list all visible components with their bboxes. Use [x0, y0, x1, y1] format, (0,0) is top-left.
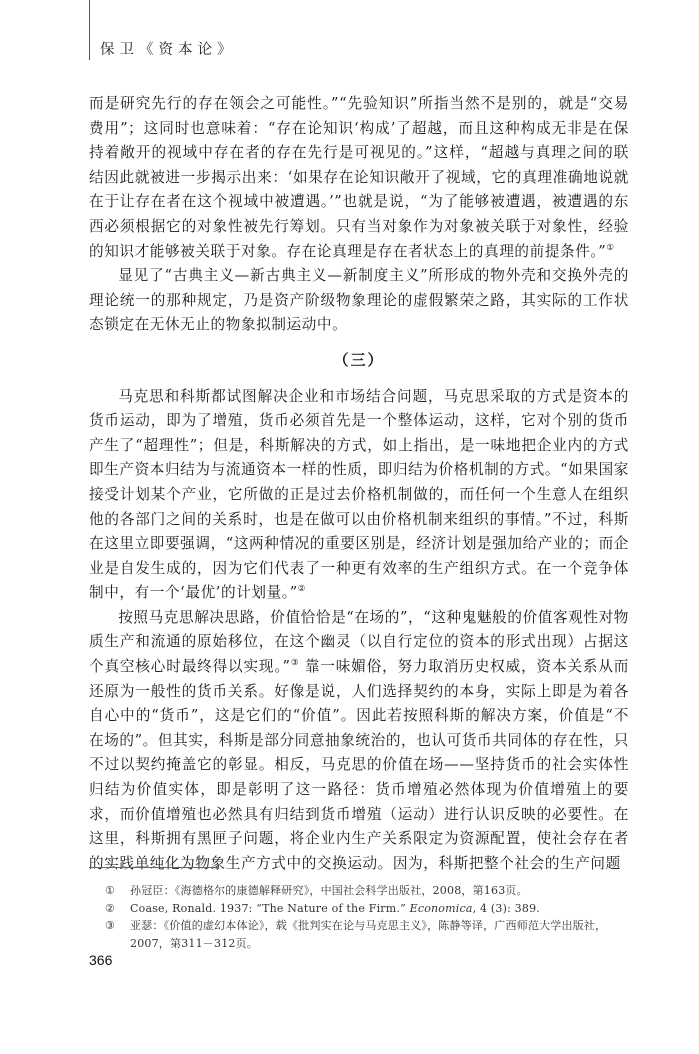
paragraph-text: 显见了“古典主义—新古典主义—新制度主义”所形成的物外壳和交换外壳的理论统一的那… — [89, 267, 629, 333]
paragraph-3: 马克思和科斯都试图解决企业和市场结合问题，马克思采取的方式是资本的货币运动，即为… — [89, 385, 629, 606]
footnote-mark: ① — [105, 882, 130, 900]
footnote-text: 孙冠臣：《海德格尔的康德解释研究》，中国社会科学出版社，2008，第163页。 — [130, 882, 635, 900]
running-head-title: 保卫《资本论》 — [100, 38, 237, 59]
footnote-ref-2[interactable]: ② — [298, 584, 306, 594]
paragraph-text: 而是研究先行的存在领会之可能性。”“先验知识”所指当然不是别的，就是“交易费用”… — [89, 95, 629, 260]
footnote-1: ① 孙冠臣：《海德格尔的康德解释研究》，中国社会科学出版社，2008，第163页… — [105, 882, 635, 900]
paragraph-2: 显见了“古典主义—新古典主义—新制度主义”所形成的物外壳和交换外壳的理论统一的那… — [89, 264, 629, 338]
footnote-text: Coase, Ronald. 1937: “The Nature of the … — [130, 900, 635, 918]
footnote-mark: ② — [105, 900, 130, 918]
footnote-2: ② Coase, Ronald. 1937: “The Nature of th… — [105, 900, 635, 918]
journal-title: Economica — [410, 902, 473, 915]
paragraph-text: 马克思和科斯都试图解决企业和市场结合问题，马克思采取的方式是资本的货币运动，即为… — [89, 388, 629, 602]
footnotes: ① 孙冠臣：《海德格尔的康德解释研究》，中国社会科学出版社，2008，第163页… — [105, 882, 635, 952]
citation-text: , 4 (3): 389. — [473, 902, 540, 915]
footnote-mark: ③ — [105, 917, 130, 952]
section-heading: （三） — [89, 348, 629, 373]
body-text: 而是研究先行的存在领会之可能性。”“先验知识”所指当然不是别的，就是“交易费用”… — [89, 92, 629, 876]
citation-text: Coase, Ronald. 1937: “The Nature of the … — [130, 902, 410, 915]
book-page: 保卫《资本论》 而是研究先行的存在领会之可能性。”“先验知识”所指当然不是别的，… — [0, 0, 699, 1054]
footnote-ref-1[interactable]: ① — [606, 243, 614, 253]
paragraph-text: 靠一味媚俗，努力取消历史权威，资本关系从而还原为一般性的货币关系。好像是说，人们… — [89, 658, 629, 872]
page-number: 366 — [89, 952, 112, 968]
paragraph-4: 按照马克思解决思路，价值恰恰是“在场的”，“这种鬼魅般的价值客观性对物质生产和流… — [89, 606, 629, 877]
header-vertical-rule — [89, 0, 90, 60]
footnote-text: 亚瑟：《价值的虚幻本体论》，载《批判实在论与马克思主义》，陈静等译，广西师范大学… — [130, 917, 635, 952]
paragraph-1: 而是研究先行的存在领会之可能性。”“先验知识”所指当然不是别的，就是“交易费用”… — [89, 92, 629, 264]
footnote-3: ③ 亚瑟：《价值的虚幻本体论》，载《批判实在论与马克思主义》，陈静等译，广西师范… — [105, 917, 635, 952]
footnote-separator — [89, 867, 219, 868]
